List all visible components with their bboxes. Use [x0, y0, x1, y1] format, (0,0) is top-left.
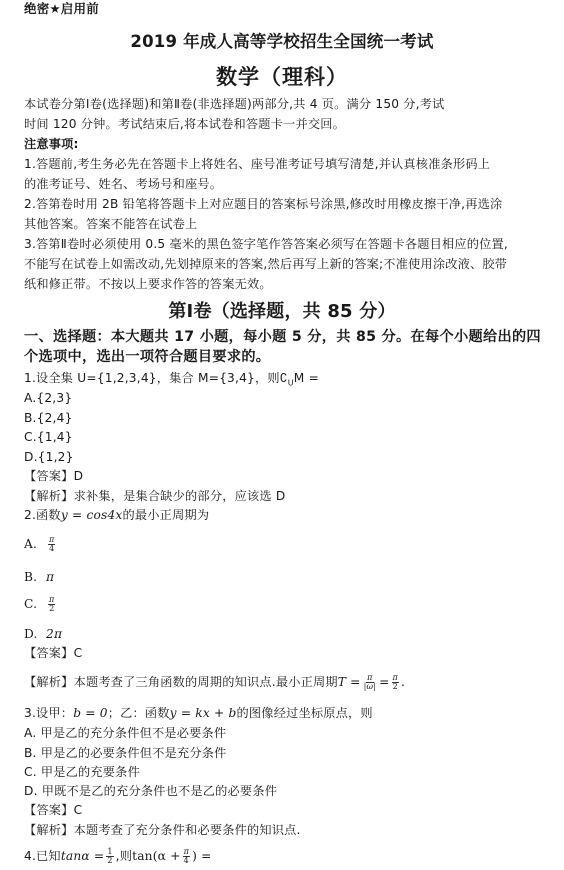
question-2-stem: 2.函数y = cos4x的最小正周期为 [24, 507, 209, 523]
question-1-option-d: D.{1,2} [24, 449, 74, 465]
question-3-answer: 【答案】C [24, 802, 82, 818]
section-instruction-line-1: 一、选择题：本大题共 17 小题，每小题 5 分，共 85 分。在每个小题给出的… [24, 328, 541, 347]
question-3-analysis: 【解析】本题考查了充分条件和必要条件的知识点. [24, 822, 301, 838]
question-1-option-a: A.{2,3} [24, 390, 72, 406]
section-title: 第Ⅰ卷（选择题，共 85 分） [0, 300, 564, 324]
question-1-analysis: 【解析】求补集，是集合缺少的部分，应该选 D [24, 488, 285, 504]
question-2-analysis: 【解析】本题考查了三角函数的周期的知识点.最小正周期T =π|ω|=π2. [24, 674, 405, 691]
question-2-option-d: D.2π [24, 626, 62, 642]
confidential-mark: 绝密★启用前 [24, 1, 99, 17]
notice-line: 不能写在试卷上如需改动,先划掉原来的答案,然后再写上新的答案;不准使用涂改液、胶… [24, 256, 507, 272]
question-1-option-b: B.{2,4} [24, 410, 73, 426]
question-2-option-c: C.π2 [24, 596, 57, 613]
question-2-option-a: A.π4 [24, 536, 57, 553]
question-4-stem: 4.已知tanα =12,则tan(α +π4) = [24, 848, 212, 865]
exam-title: 2019 年成人高等学校招生全国统一考试 [0, 32, 564, 52]
notice-line: 2.答第卷时用 2B 铅笔将答题卡上对应题目的答案标号涂黑,修改时用橡皮擦干净,… [24, 196, 502, 212]
notice-line: 的准考证号、姓名、考场号和座号。 [24, 176, 222, 192]
question-3-option-c: C. 甲是乙的充要条件 [24, 764, 140, 780]
subject-title: 数学（理科） [0, 64, 564, 90]
notice-heading: 注意事项: [24, 136, 79, 152]
question-2-answer: 【答案】C [24, 645, 82, 661]
section-instruction-line-2: 个选项中，选出一项符合题目要求的。 [24, 348, 270, 367]
question-3-stem: 3.设甲：b = 0；乙：函数y = kx + b的图像经过坐标原点，则 [24, 705, 373, 721]
question-3-option-a: A. 甲是乙的充分条件但不是必要条件 [24, 725, 226, 741]
question-1-answer: 【答案】D [24, 468, 83, 484]
question-2-option-b: B.π [24, 569, 54, 585]
intro-line-1: 本试卷分第Ⅰ卷(选择题)和第Ⅱ卷(非选择题)两部分,共 4 页。满分 150 分… [24, 96, 445, 112]
intro-line-2: 时间 120 分钟。考试结束后,将本试卷和答题卡一并交回。 [24, 116, 345, 132]
notice-line: 3.答第Ⅱ卷时必须使用 0.5 毫米的黑色签字笔作答答案必须写在答题卡各题目相应… [24, 236, 508, 252]
notice-line: 1.答题前,考生务必先在答题卡上将姓名、座号准考证号填写清楚,并认真核准条形码上 [24, 156, 490, 172]
question-1-stem: 1.设全集 U={1,2,3,4}，集合 M={3,4}，则∁UM = [24, 370, 319, 391]
question-3-option-b: B. 甲是乙的必要条件但不是充分条件 [24, 745, 227, 761]
notice-line: 纸和修正带。不按以上要求作答的答案无效。 [24, 276, 272, 292]
exam-page: 绝密★启用前 2019 年成人高等学校招生全国统一考试 数学（理科） 本试卷分第… [0, 0, 564, 870]
notice-line: 其他答案。答案不能答在试卷上 [24, 216, 197, 232]
question-1-option-c: C.{1,4} [24, 429, 73, 445]
question-3-option-d: D. 甲既不是乙的充分条件也不是乙的必要条件 [24, 783, 277, 799]
